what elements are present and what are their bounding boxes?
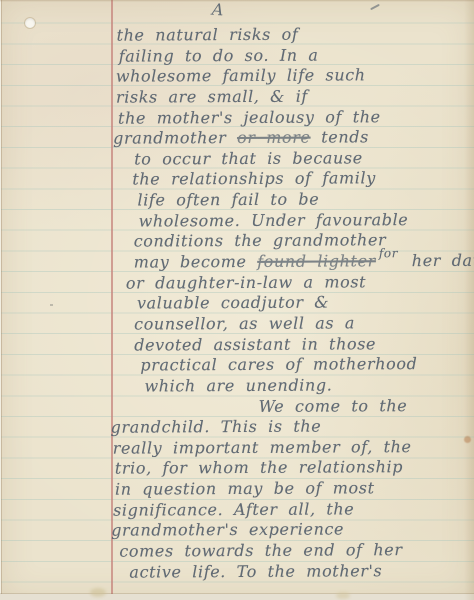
handwriting-line: the mother's jealousy of the <box>0 106 473 129</box>
handwriting-line: failing to do so. In a <box>0 44 473 67</box>
handwriting-line: comes towards the end of her <box>1 540 474 563</box>
handwriting-line: grandmother's experience <box>1 519 474 542</box>
handwriting-line: really important member of, the <box>1 437 474 460</box>
handwritten-text: conditions the grandmother <box>134 231 387 251</box>
handwriting-line: trio, for whom the relationship <box>1 457 474 480</box>
handwritten-text: which are unending. <box>144 375 332 395</box>
handwriting-line: the natural risks of <box>0 24 473 47</box>
scanned-manuscript-page: A the natural risks offailing to do so. … <box>0 0 474 600</box>
handwriting-line: in question may be of most <box>1 478 474 501</box>
handwritten-text: risks are small, & if <box>116 87 308 107</box>
paper-stain <box>336 592 350 599</box>
handwritten-text: or daughter-in-law a most <box>126 272 366 292</box>
handwriting-line: may become found lighterfor her daughter <box>0 251 474 274</box>
handwriting-line: or daughter-in-law a most <box>0 271 474 294</box>
handwritten-text: counsellor, as well as a <box>134 313 355 333</box>
handwriting-line: devoted assistant in those <box>0 333 474 356</box>
handwritten-text: really important member of, the <box>113 437 412 458</box>
handwriting-line: risks are small, & if <box>0 86 473 109</box>
handwriting-line: practical cares of motherhood <box>0 354 474 377</box>
handwritten-text: the mother's jealousy of the <box>118 107 381 127</box>
handwriting-line: the relationships of family <box>0 168 473 191</box>
handwritten-text: significance. After all, the <box>113 499 354 519</box>
page-edge-top <box>0 0 474 2</box>
handwritten-text: devoted assistant in those <box>134 334 376 354</box>
handwriting-line: valuable coadjutor & <box>0 292 474 315</box>
handwritten-text: wholesome. Under favourable <box>139 210 409 230</box>
handwritten-text: life often fail to be <box>137 190 319 210</box>
handwriting-line: which are unending. <box>0 375 474 398</box>
handwriting-line: to occur that is because <box>0 148 473 171</box>
handwritten-text: grandchild. This is the <box>111 417 322 437</box>
handwritten-text: her daughter <box>401 251 474 271</box>
handwriting-line: life often fail to be <box>0 189 474 212</box>
handwritten-text: grandmother <box>113 128 237 148</box>
handwriting-line: counsellor, as well as a <box>0 313 474 336</box>
handwritten-text: may become <box>134 252 258 272</box>
handwriting-line: grandchild. This is the <box>1 416 474 439</box>
handwriting-line: active life. To the mother's <box>1 560 474 583</box>
handwriting-line: conditions the grandmother <box>0 230 474 253</box>
struck-text: found lighter <box>257 251 376 271</box>
struck-text: or more <box>237 128 311 147</box>
handwritten-text: active life. To the mother's <box>129 561 382 581</box>
handwritten-text: trio, for whom the relationship <box>115 458 403 479</box>
handwritten-text: the natural risks of <box>117 25 299 45</box>
handwriting-line: wholesome family life such <box>0 65 473 88</box>
handwritten-text: tends <box>311 128 369 147</box>
handwriting-line: grandmother or more tends <box>0 127 473 150</box>
handwriting-line: We come to the <box>0 395 474 418</box>
handwritten-text: wholesome family life such <box>116 66 366 86</box>
handwriting-block: the natural risks offailing to do so. In… <box>0 24 474 584</box>
handwritten-text: to occur that is because <box>134 148 363 168</box>
handwritten-text: grandmother's experience <box>111 520 344 540</box>
handwritten-text: failing to do so. In a <box>119 45 319 65</box>
paper-stain <box>90 588 106 597</box>
handwritten-text: comes towards the end of her <box>119 540 402 560</box>
handwritten-text: We come to the <box>258 396 407 416</box>
page-mark: A <box>211 0 224 19</box>
page-edge-bottom <box>0 593 474 600</box>
handwritten-text: valuable coadjutor & <box>137 293 329 313</box>
handwritten-text: practical cares of motherhood <box>140 354 417 374</box>
handwriting-line: wholesome. Under favourable <box>0 210 474 233</box>
inserted-text-above: for <box>379 246 398 260</box>
handwritten-text: the relationships of family <box>132 169 376 189</box>
handwriting-line: significance. After all, the <box>1 498 474 521</box>
handwritten-text: in question may be of most <box>115 478 375 498</box>
